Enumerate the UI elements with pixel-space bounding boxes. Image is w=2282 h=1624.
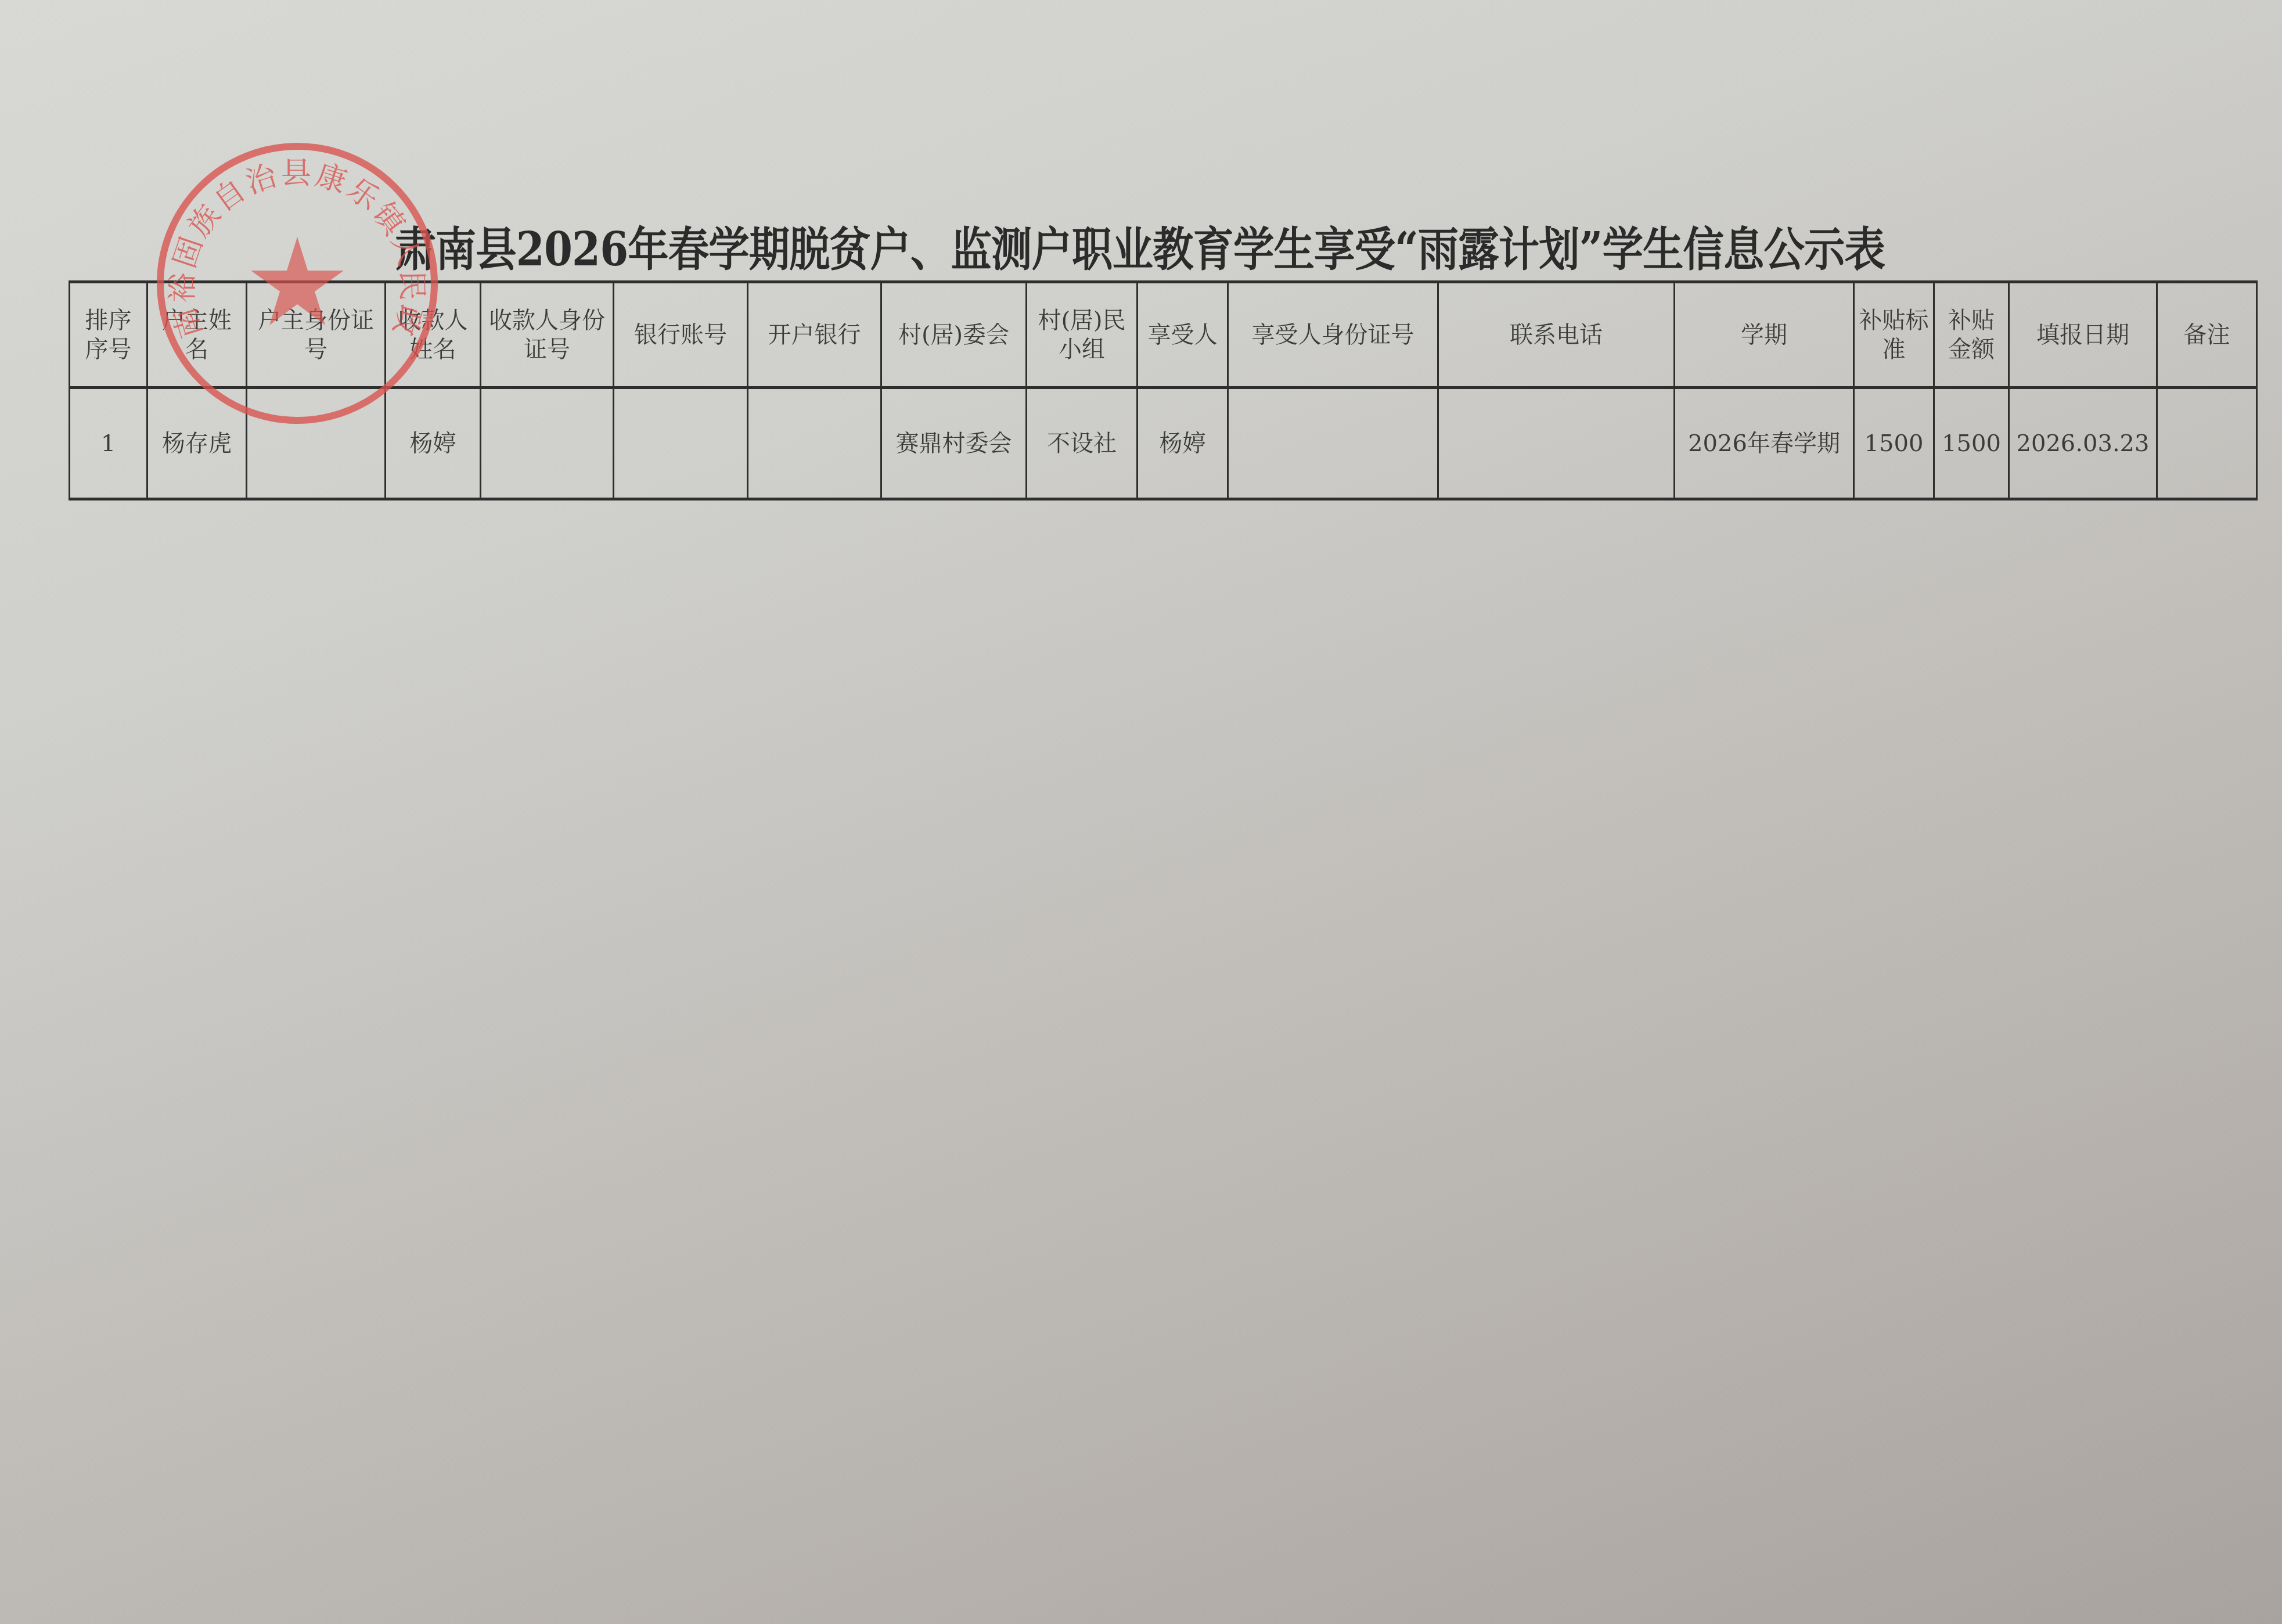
column-header: 备注 [2157, 282, 2257, 388]
column-header-line: 姓名 [388, 335, 477, 364]
table-row: 1杨存虎杨婷赛鼎村委会不设社杨婷2026年春学期150015002026.03.… [70, 388, 2257, 499]
info-table: 排序序号户主姓名户主身份证号收款人姓名收款人身份证号银行账号开户银行村(居)委会… [69, 280, 2258, 500]
table-cell: 1 [70, 388, 147, 499]
column-header-line: 证号 [484, 335, 610, 364]
column-header: 村(居)民小组 [1027, 282, 1138, 388]
column-header-line: 排序 [73, 306, 144, 335]
column-header-line: 补贴 [1937, 306, 2006, 335]
column-header-line: 名 [150, 335, 243, 364]
column-header-line: 学期 [1678, 321, 1851, 350]
table-cell: 1500 [1934, 388, 2009, 499]
column-header: 村(居)委会 [881, 282, 1027, 388]
column-header-line: 准 [1857, 335, 1931, 364]
column-header-line: 享受人身份证号 [1231, 321, 1435, 350]
table-cell [1438, 388, 1675, 499]
column-header: 户主身份证号 [247, 282, 386, 388]
column-header-line: 备注 [2160, 321, 2254, 350]
column-header: 收款人身份证号 [481, 282, 614, 388]
column-header-line: 户主姓 [150, 306, 243, 335]
column-header-line: 号 [250, 335, 382, 364]
column-header-line: 村(居)委会 [884, 321, 1023, 350]
table-cell: 杨婷 [1138, 388, 1228, 499]
column-header-line: 填报日期 [2012, 321, 2154, 350]
table-cell: 不设社 [1027, 388, 1138, 499]
table-cell [1228, 388, 1438, 499]
table-cell: 2026年春学期 [1675, 388, 1854, 499]
column-header-line: 小组 [1030, 335, 1134, 364]
column-header: 补贴金额 [1934, 282, 2009, 388]
table-cell: 2026.03.23 [2009, 388, 2157, 499]
column-header-line: 户主身份证 [250, 306, 382, 335]
column-header-line: 开户银行 [751, 321, 878, 350]
column-header: 享受人 [1138, 282, 1228, 388]
column-header: 补贴标准 [1854, 282, 1934, 388]
table-cell: 赛鼎村委会 [881, 388, 1027, 499]
table-cell [2157, 388, 2257, 499]
column-header: 银行账号 [614, 282, 748, 388]
table-cell [247, 388, 386, 499]
table-cell: 杨存虎 [147, 388, 247, 499]
table-cell [614, 388, 748, 499]
column-header-line: 金额 [1937, 335, 2006, 364]
table-header-row: 排序序号户主姓名户主身份证号收款人姓名收款人身份证号银行账号开户银行村(居)委会… [70, 282, 2257, 388]
column-header-line: 银行账号 [617, 321, 744, 350]
document-title: 肃南县2026年春学期脱贫户、监测户职业教育学生享受“雨露计划”学生信息公示表 [136, 212, 2144, 279]
column-header: 收款人姓名 [386, 282, 481, 388]
column-header-line: 收款人身份 [484, 306, 610, 335]
column-header-line: 享受人 [1140, 321, 1225, 350]
column-header: 开户银行 [748, 282, 881, 388]
column-header-line: 村(居)民 [1030, 306, 1134, 335]
table-cell [481, 388, 614, 499]
column-header: 户主姓名 [147, 282, 247, 388]
column-header: 学期 [1675, 282, 1854, 388]
table-cell: 1500 [1854, 388, 1934, 499]
column-header-line: 序号 [73, 335, 144, 364]
table-cell [748, 388, 881, 499]
table-cell: 杨婷 [386, 388, 481, 499]
column-header: 填报日期 [2009, 282, 2157, 388]
column-header-line: 联系电话 [1441, 321, 1671, 350]
column-header-line: 收款人 [388, 306, 477, 335]
column-header: 排序序号 [70, 282, 147, 388]
column-header-line: 补贴标 [1857, 306, 1931, 335]
column-header: 享受人身份证号 [1228, 282, 1438, 388]
column-header: 联系电话 [1438, 282, 1675, 388]
